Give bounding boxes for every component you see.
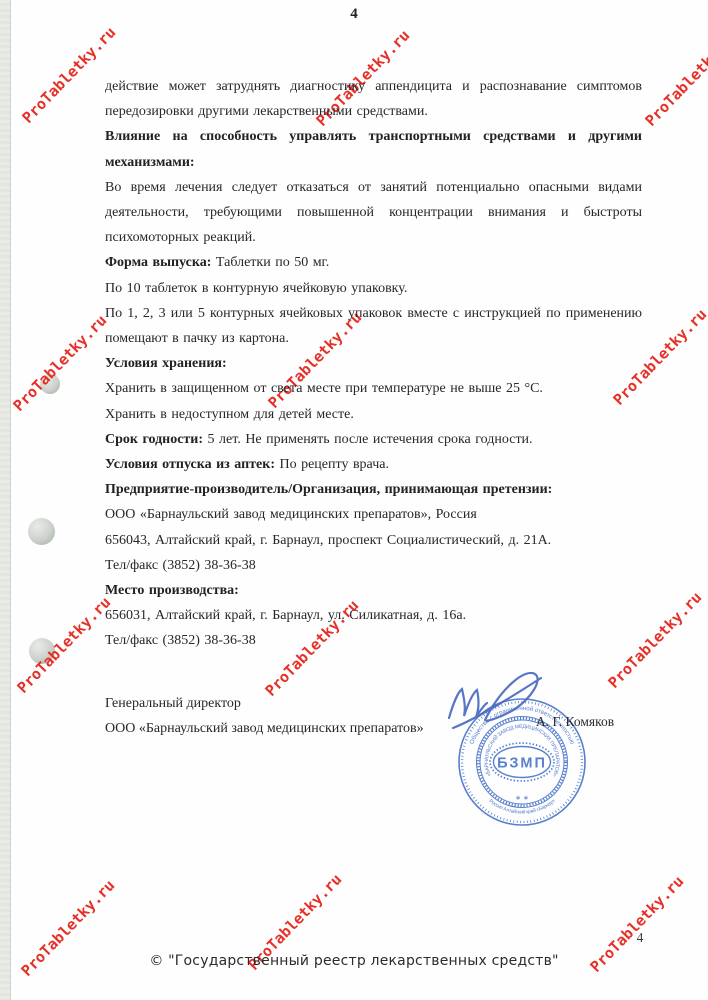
paragraph: Влияние на способность управлять транспо…: [105, 124, 642, 174]
paragraph: По 1, 2, 3 или 5 контурных ячейковых упа…: [105, 301, 642, 351]
paragraph: Предприятие-производитель/Организация, п…: [105, 477, 642, 502]
paragraph-text: 656031, Алтайский край, г. Барнаул, ул. …: [105, 608, 466, 623]
watermark: ProTabletky.ru: [8, 588, 120, 703]
footer-copyright: © "Государственный реестр лекарственных …: [0, 953, 708, 969]
paragraph: 656031, Алтайский край, г. Барнаул, ул. …: [105, 603, 642, 628]
paragraph-text: Хранить в недоступном для детей месте.: [105, 407, 354, 422]
paragraph-label: Срок годности:: [105, 432, 203, 447]
paragraph: ООО «Барнаульский завод медицинских преп…: [105, 502, 642, 527]
paragraph: По 10 таблеток в контурную ячейковую упа…: [105, 276, 642, 301]
paragraph-text: 656043, Алтайский край, г. Барнаул, прос…: [105, 533, 551, 548]
document-body: действие может затруднять диагностику ап…: [105, 74, 642, 654]
page-number-bottom: 4: [630, 930, 650, 946]
paragraph-label: Условия хранения:: [105, 356, 227, 371]
signer-company: ООО «Барнаульский завод медицинских преп…: [105, 716, 424, 741]
paragraph-label: Условия отпуска из аптек:: [105, 457, 275, 472]
paragraph: Во время лечения следует отказаться от з…: [105, 175, 642, 251]
paragraph-text: Таблетки по 50 мг.: [211, 255, 329, 270]
paragraph: 656043, Алтайский край, г. Барнаул, прос…: [105, 528, 642, 553]
paragraph-label: Место производства:: [105, 583, 239, 598]
paragraph: Тел/факс (3852) 38-36-38: [105, 553, 642, 578]
paragraph-label: Форма выпуска:: [105, 255, 211, 270]
paragraph-text: Тел/факс (3852) 38-36-38: [105, 558, 256, 573]
paragraph: Хранить в недоступном для детей месте.: [105, 402, 642, 427]
signature-block: Генеральный директор ООО «Барнаульский з…: [105, 691, 424, 741]
paragraph: Форма выпуска: Таблетки по 50 мг.: [105, 250, 642, 275]
paragraph-text: 5 лет. Не применять после истечения срок…: [203, 432, 533, 447]
paragraph-text: По 1, 2, 3 или 5 контурных ячейковых упа…: [105, 306, 642, 346]
paragraph: Место производства:: [105, 578, 642, 603]
paragraph: Хранить в защищенном от света месте при …: [105, 376, 642, 401]
paragraph-text: Хранить в защищенном от света месте при …: [105, 381, 543, 396]
paragraph-text: Во время лечения следует отказаться от з…: [105, 180, 642, 245]
scanned-document-page: ProTabletky.ru ProTabletky.ru ProTabletk…: [0, 0, 708, 1000]
watermark: ProTabletky.ru: [636, 21, 708, 136]
page-number-top: 4: [0, 6, 708, 23]
paragraph: Условия отпуска из аптек: По рецепту вра…: [105, 452, 642, 477]
handwritten-signature: [433, 658, 563, 733]
paragraph-text: По 10 таблеток в контурную ячейковую упа…: [105, 281, 407, 296]
paragraph: Срок годности: 5 лет. Не применять после…: [105, 427, 642, 452]
paragraph-label: Влияние на способность управлять транспо…: [105, 129, 642, 169]
paragraph-label: Предприятие-производитель/Организация, п…: [105, 482, 552, 497]
scan-spot-artifact: [28, 518, 55, 545]
paragraph-text: действие может затруднять диагностику ап…: [105, 79, 642, 119]
stamp-bottom-marks: ∗ ∗: [515, 795, 529, 802]
paragraph-text: Тел/факс (3852) 38-36-38: [105, 633, 256, 648]
paragraph: Условия хранения:: [105, 351, 642, 376]
paragraph: Тел/факс (3852) 38-36-38: [105, 628, 642, 653]
paragraph-text: ООО «Барнаульский завод медицинских преп…: [105, 507, 477, 522]
watermark: ProTabletky.ru: [4, 306, 116, 421]
signer-title: Генеральный директор: [105, 691, 424, 716]
stamp-center-text: БЗМП: [497, 756, 547, 772]
scan-edge-artifact: [0, 0, 11, 1000]
paragraph-text: По рецепту врача.: [275, 457, 389, 472]
paragraph: действие может затруднять диагностику ап…: [105, 74, 642, 124]
